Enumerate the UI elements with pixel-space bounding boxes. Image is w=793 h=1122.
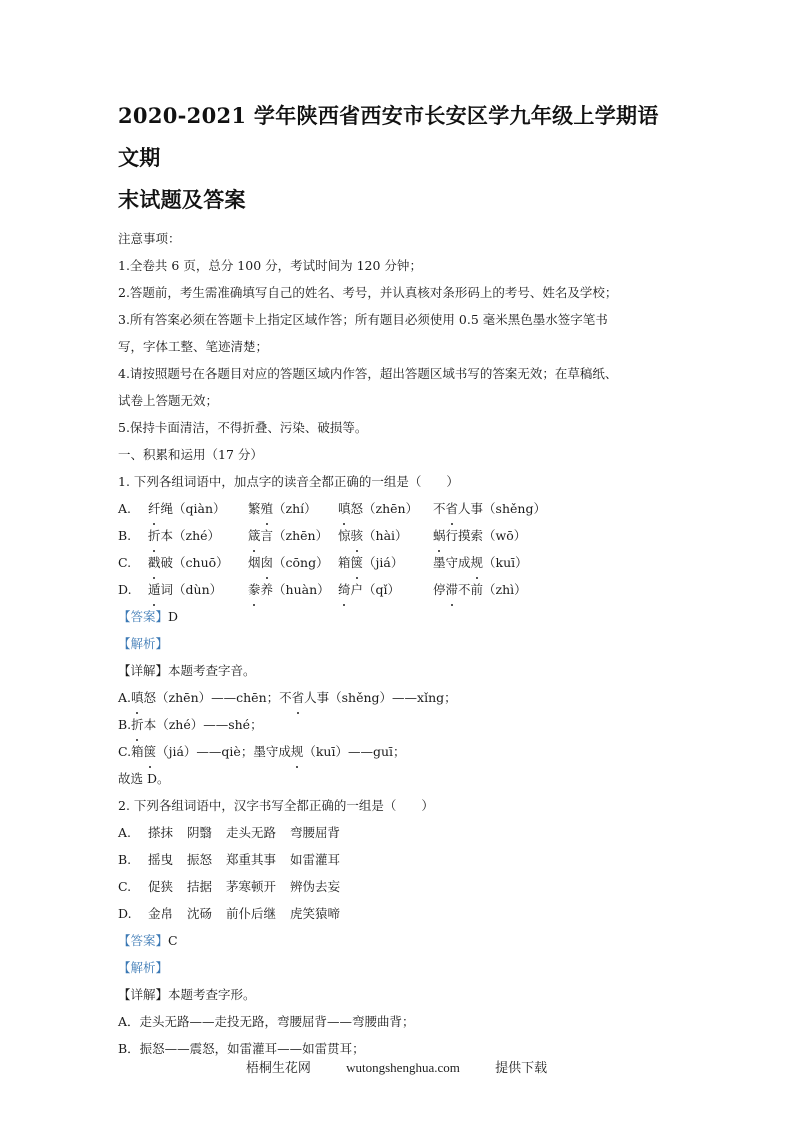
notice-item: 写，字体工整、笔迹清楚； [118,333,678,360]
option-label: B. [118,522,148,549]
option-label: C. [118,549,148,576]
option-row: D.遁词（dùn）豢养（huàn）绮户（qǐ）停滞不前（zhì） [118,576,678,603]
option-row: B.摇曳振怒郑重其事如雷灌耳 [118,846,678,873]
option-word: 嗔怒（zhēn） [338,495,433,522]
emphasized-char: 省 [446,495,459,522]
detail-label: 【详解】 [118,663,168,678]
option-word: 辨伪去妄 [290,873,340,900]
answer-value: C [168,933,178,948]
explanations: A.嗔怒（zhēn）——chēn；不省人事（shěng）——xǐng；B.折本（… [118,684,678,765]
title-line-1: 2020-2021 学年陕西省西安市长安区学九年级上学期语文期 [118,103,659,170]
notice-item: 试卷上答题无效； [118,387,678,414]
answer-label: 【答案】 [118,609,168,624]
explanation: A．走头无路——走投无路，弯腰屈背——弯腰曲背； [118,1008,678,1035]
option-word: 金帛 [148,900,173,927]
footer-site-name: 梧桐生花网 [246,1060,311,1075]
option-word: 繁殖（zhí） [248,495,338,522]
option-row: C.促狭拮据茅寒顿开辨伪去妄 [118,873,678,900]
emphasized-char: 骇 [351,522,364,549]
answer-value: D [168,609,178,624]
emphasized-char: 嗔 [131,684,144,711]
emphasized-char: 省 [292,684,305,711]
option-word: 箱箧（jiá） [338,549,433,576]
option-word: 阴翳 [187,819,212,846]
option-word: 折本（zhé） [148,522,248,549]
document-title: 2020-2021 学年陕西省西安市长安区学九年级上学期语文期 末试题及答案 [118,95,678,221]
notice-block: 注意事项： 1.全卷共 6 页，总分 100 分，考试时间为 120 分钟； 2… [118,225,678,441]
emphasized-char: 纤 [148,495,161,522]
question-stem: 1. 下列各组词语中，加点字的读音全都正确的一组是（ ） [118,468,678,495]
emphasized-char: 豢 [248,576,261,603]
option-word: 惊骇（hài） [338,522,433,549]
option-word: 沈砀 [187,900,212,927]
option-row: A.纤绳（qiàn）繁殖（zhí）嗔怒（zhēn）不省人事（shěng） [118,495,678,522]
option-word: 振怒 [187,846,212,873]
question-options: A.纤绳（qiàn）繁殖（zhí）嗔怒（zhēn）不省人事（shěng）B.折本… [118,495,678,603]
emphasized-char: 箴 [248,522,261,549]
option-word: 拮据 [187,873,212,900]
emphasized-char: 滞 [446,576,459,603]
detail-line: 【详解】本题考查字形。 [118,981,678,1008]
option-word: 纤绳（qiàn） [148,495,248,522]
emphasized-char: 箧 [351,549,364,576]
option-label: D. [118,900,148,927]
question-1: 1. 下列各组词语中，加点字的读音全都正确的一组是（ ） A.纤绳（qiàn）繁… [118,468,678,792]
explanation: A.嗔怒（zhēn）——chēn；不省人事（shěng）——xǐng； [118,684,678,711]
option-word: 停滞不前（zhì） [433,576,573,603]
notice-item: 1.全卷共 6 页，总分 100 分，考试时间为 120 分钟； [118,252,678,279]
option-word: 弯腰屈背 [290,819,340,846]
option-word: 蜗行摸索（wō） [433,522,573,549]
emphasized-char: 折 [148,522,161,549]
option-word: 摇曳 [148,846,173,873]
option-word: 豢养（huàn） [248,576,338,603]
option-row: A.搽抹阴翳走头无路弯腰屈背 [118,819,678,846]
detail-text: 本题考查字形。 [168,987,256,1002]
analysis-label: 【解析】 [118,954,678,981]
notice-heading: 注意事项： [118,225,678,252]
option-word: 茅寒顿开 [226,873,276,900]
explanation: B.折本（zhé）——shé； [118,711,678,738]
emphasized-char: 折 [131,711,144,738]
conclusion: 故选 D。 [118,765,678,792]
option-label: B. [118,846,148,873]
option-word: 遁词（dùn） [148,576,248,603]
answer-line: 【答案】D [118,603,678,630]
question-stem: 2. 下列各组词语中，汉字书写全都正确的一组是（ ） [118,792,678,819]
option-word: 绮户（qǐ） [338,576,433,603]
option-word: 如雷灌耳 [290,846,340,873]
emphasized-char: 绮 [338,576,351,603]
question-options: A.搽抹阴翳走头无路弯腰屈背B.摇曳振怒郑重其事如雷灌耳C.促狭拮据茅寒顿开辨伪… [118,819,678,927]
emphasized-char: 规 [471,549,484,576]
option-word: 墨守成规（kuī） [433,549,573,576]
notice-item: 2.答题前，考生需准确填写自己的姓名、考号，并认真核对条形码上的考号、姓名及学校… [118,279,678,306]
option-word: 走头无路 [226,819,276,846]
option-word: 戳破（chuō） [148,549,248,576]
section-heading: 一、积累和运用（17 分） [118,441,678,468]
option-word: 前仆后继 [226,900,276,927]
notice-item: 5.保持卡面清洁，不得折叠、污染、破损等。 [118,414,678,441]
option-word: 虎笑猿啼 [290,900,340,927]
emphasized-char: 殖 [261,495,274,522]
analysis-label: 【解析】 [118,630,678,657]
emphasized-char: 戳 [148,549,161,576]
option-label: A. [118,495,148,522]
option-label: C. [118,873,148,900]
document-page: 2020-2021 学年陕西省西安市长安区学九年级上学期语文期 末试题及答案 注… [118,95,678,1062]
emphasized-char: 蜗 [433,522,446,549]
page-footer: 梧桐生花网 wutongshenghua.com 提供下载 [0,1057,793,1076]
question-2: 2. 下列各组词语中，汉字书写全都正确的一组是（ ） A.搽抹阴翳走头无路弯腰屈… [118,792,678,1062]
option-word: 郑重其事 [226,846,276,873]
option-label: D. [118,576,148,603]
emphasized-char: 囱 [261,549,274,576]
footer-note: 提供下载 [495,1060,547,1075]
title-line-2: 末试题及答案 [118,187,246,212]
option-row: B.折本（zhé）箴言（zhēn）惊骇（hài）蜗行摸索（wō） [118,522,678,549]
notice-item: 4.请按照题号在各题目对应的答题区域内作答，超出答题区域书写的答案无效；在草稿纸… [118,360,678,387]
answer-label: 【答案】 [118,933,168,948]
answer-line: 【答案】C [118,927,678,954]
option-row: C.戳破（chuō）烟囱（cōng）箱箧（jiá）墨守成规（kuī） [118,549,678,576]
option-word: 不省人事（shěng） [433,495,573,522]
option-label: A. [118,819,148,846]
emphasized-char: 规 [291,738,304,765]
emphasized-char: 箧 [144,738,157,765]
option-word: 箴言（zhēn） [248,522,338,549]
option-row: D.金帛沈砀前仆后继虎笑猿啼 [118,900,678,927]
detail-label: 【详解】 [118,987,168,1002]
footer-url[interactable]: wutongshenghua.com [346,1060,460,1075]
detail-text: 本题考查字音。 [168,663,256,678]
option-word: 烟囱（cōng） [248,549,338,576]
notice-item: 3.所有答案必须在答题卡上指定区域作答；所有题目必须使用 0.5 毫米黑色墨水签… [118,306,678,333]
explanation: C.箱箧（jiá）——qiè；墨守成规（kuī）——guī； [118,738,678,765]
detail-line: 【详解】本题考查字音。 [118,657,678,684]
option-word: 促狭 [148,873,173,900]
emphasized-char: 遁 [148,576,161,603]
emphasized-char: 嗔 [338,495,351,522]
option-word: 搽抹 [148,819,173,846]
